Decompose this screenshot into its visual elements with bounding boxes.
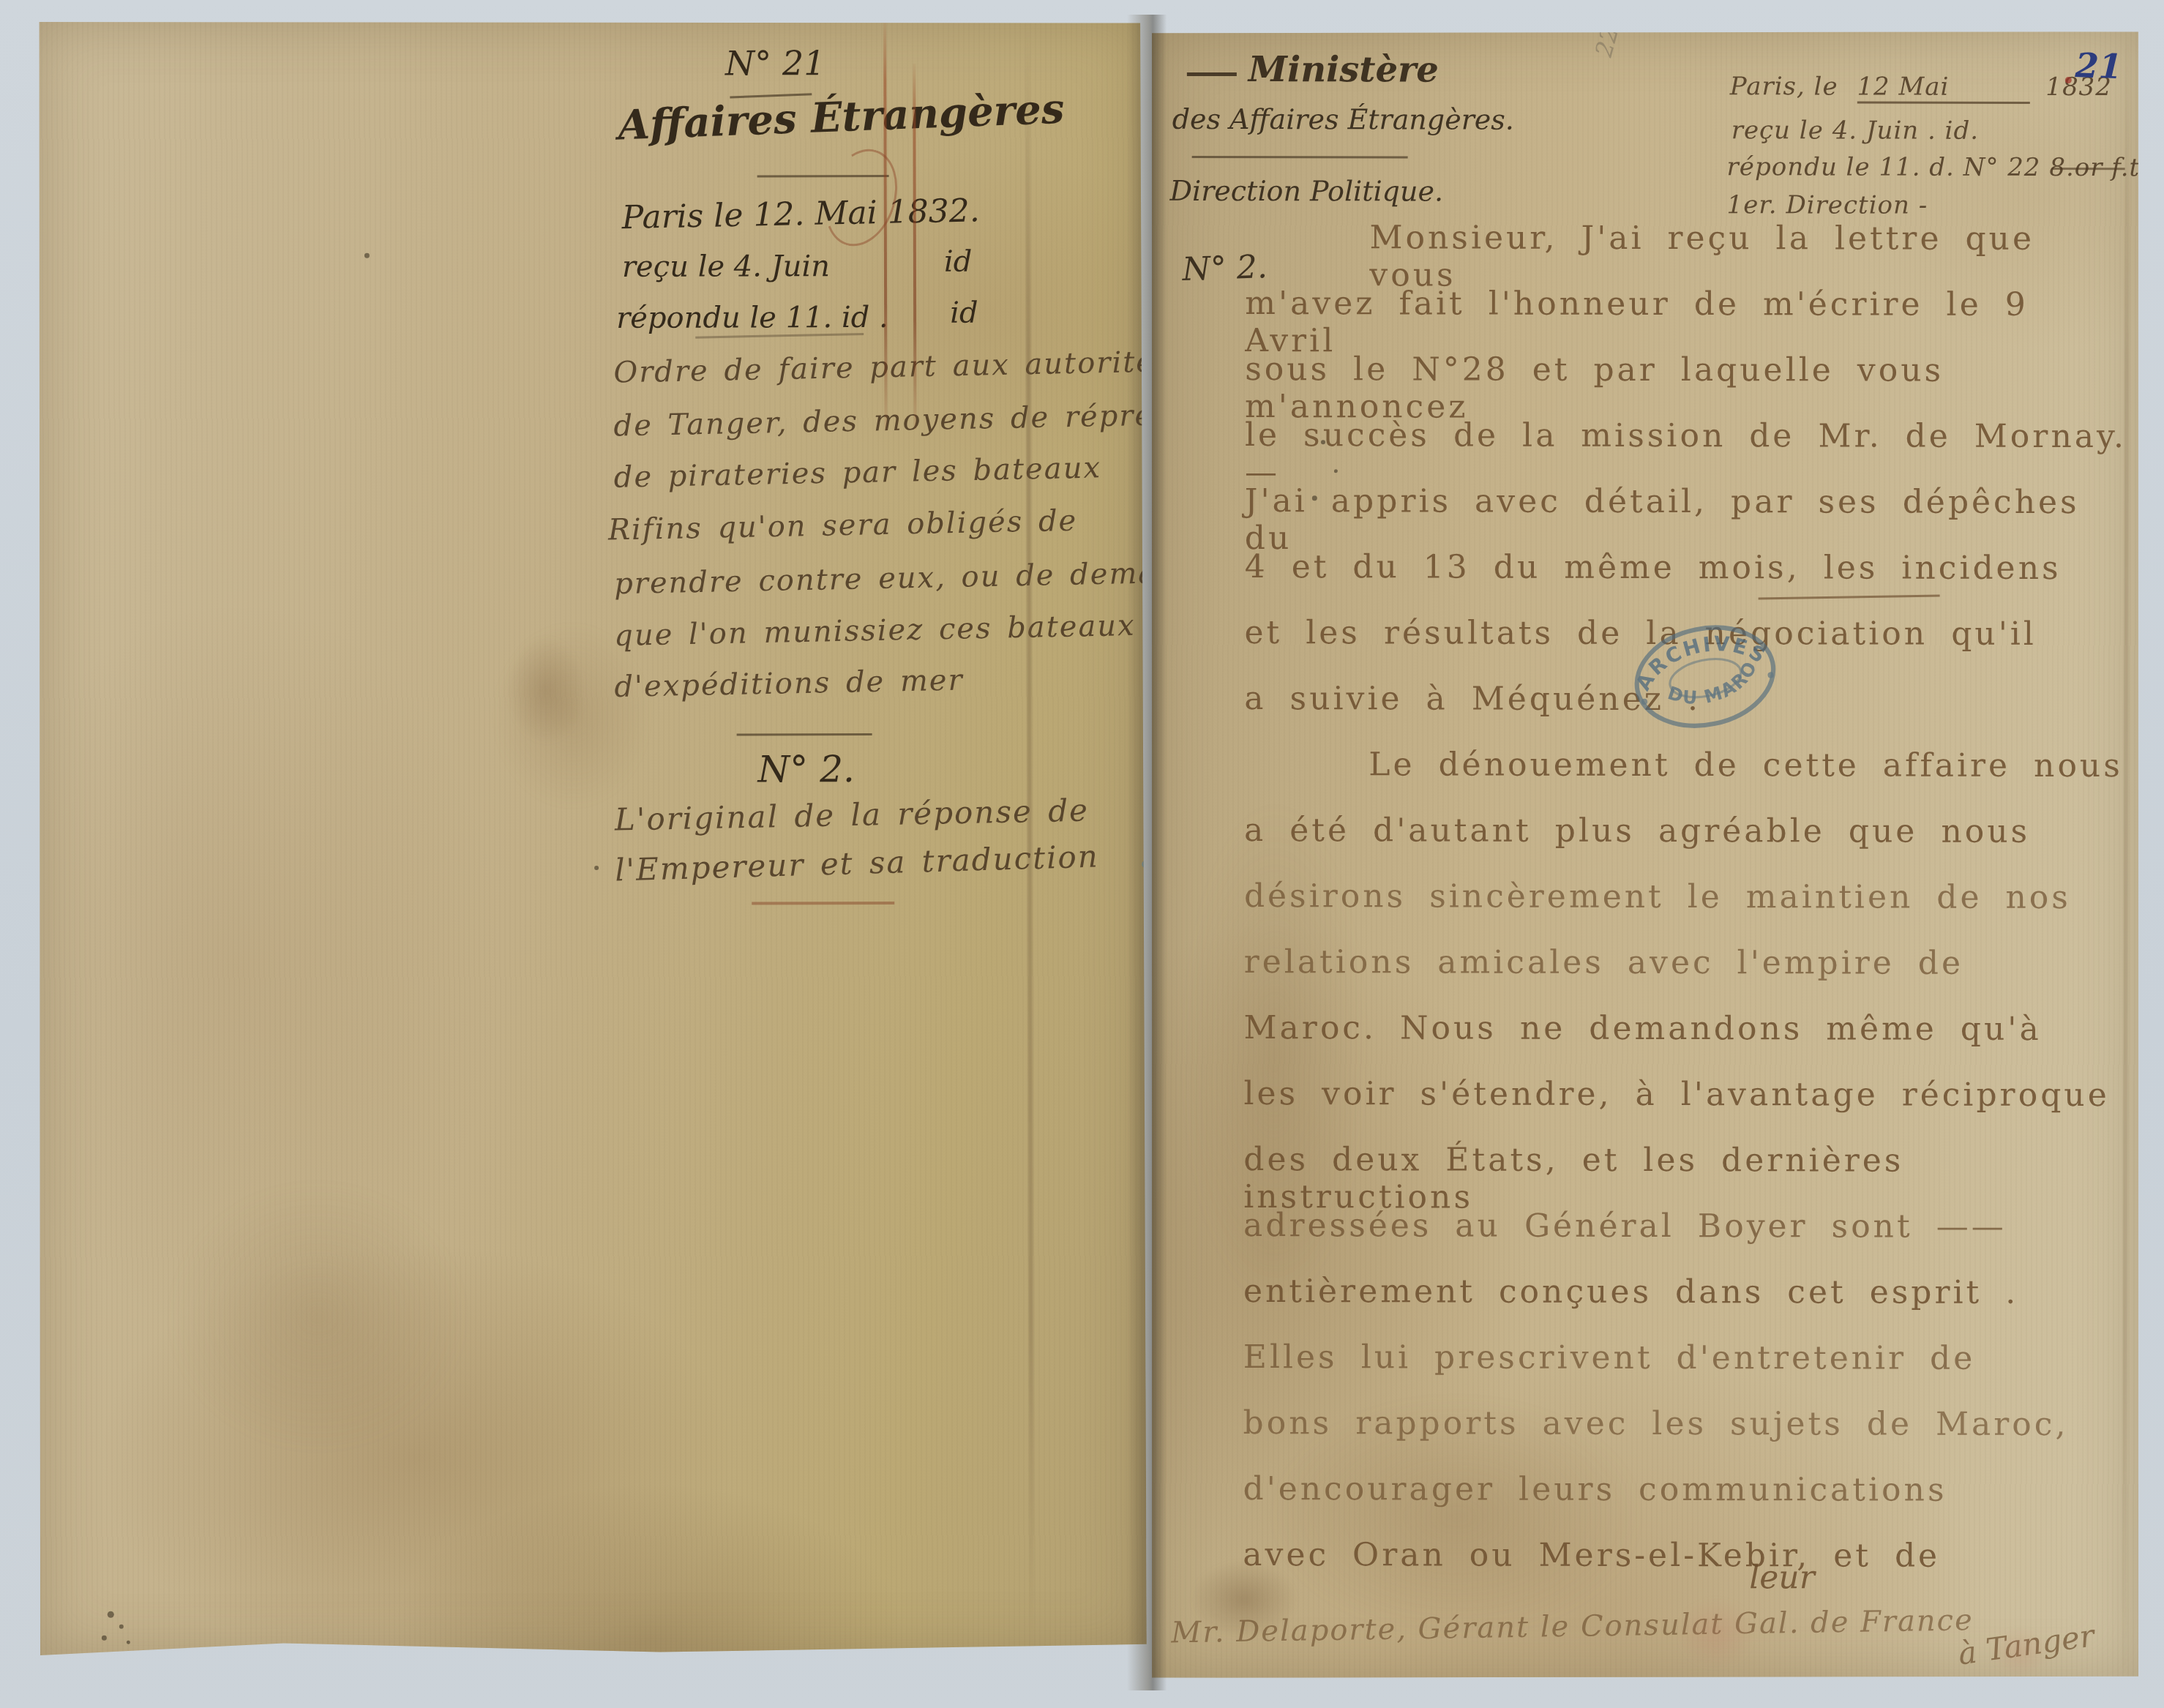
folio-number: 21 bbox=[2075, 45, 2123, 86]
ink-speck bbox=[119, 1625, 124, 1629]
enclosure-line: l'Empereur et sa traduction bbox=[615, 839, 1100, 888]
letter-line: Le dénouement de cette affaire nous bbox=[1369, 746, 2123, 784]
direction-politique: Direction Politique. bbox=[1170, 175, 1443, 208]
registry-date-day: 12 Mai bbox=[1857, 72, 2029, 104]
letter-line: bons rapports avec les sujets de Maroc, bbox=[1243, 1404, 2069, 1443]
received-id: id bbox=[944, 245, 973, 279]
red-pen-loop bbox=[813, 140, 909, 255]
letter-line: désirons sincèrement le maintien de nos bbox=[1244, 877, 2071, 916]
letter-line: relations amicales avec l'empire de bbox=[1244, 943, 1963, 982]
letter-line: le succès de la mission de Mr. de Mornay… bbox=[1245, 416, 2141, 492]
letter-line: les voir s'étendre, à l'avantage récipro… bbox=[1243, 1075, 2109, 1114]
letter-line: d'encourager leurs communications bbox=[1243, 1470, 1947, 1509]
underline bbox=[2052, 168, 2125, 170]
department-title: Affaires Étrangères bbox=[617, 85, 1065, 150]
letter-line: avec Oran ou Mers-el-Kebir, et de bbox=[1243, 1536, 1940, 1575]
letter-line: des deux États, et les dernières instruc… bbox=[1243, 1141, 2139, 1217]
letter-line: sous le N°28 et par laquelle vous m'anno… bbox=[1245, 351, 2141, 427]
letter-number: N° 2. bbox=[1182, 248, 1268, 288]
divider-rule bbox=[737, 733, 872, 735]
center-fold-shadow bbox=[1127, 15, 1174, 1690]
docket-date: Paris le 12. Mai 1832. bbox=[621, 192, 980, 236]
ink-speck bbox=[102, 1636, 107, 1641]
paper-texture bbox=[36, 19, 1147, 1655]
letter-line: 4 et du 13 du même mois, les incidens bbox=[1245, 548, 2062, 587]
letter-line: Elles lui prescrivent d'entretenir de bbox=[1243, 1338, 1976, 1377]
red-dot bbox=[2065, 77, 2072, 83]
registry-received: reçu le 4. Juin . id. bbox=[1731, 116, 1979, 146]
summary-line: Ordre de faire part aux autorités bbox=[613, 345, 1172, 389]
letter-line: adressées au Général Boyer sont —— bbox=[1243, 1207, 2007, 1246]
replied-line: répondu le 11. id . bbox=[616, 301, 888, 335]
underline bbox=[752, 902, 894, 905]
summary-line: d'expéditions de mer bbox=[614, 664, 964, 705]
received-line: reçu le 4. Juin bbox=[622, 250, 830, 284]
registry-date-prefix: Paris, le bbox=[1730, 72, 1838, 101]
letter-line: entièrement conçues dans cet esprit . bbox=[1243, 1273, 2018, 1311]
replied-id: id bbox=[950, 296, 978, 330]
registry-date: Paris, le 12 Mai 1832 bbox=[1730, 72, 2112, 102]
enclosure-line: L'original de la réponse de bbox=[614, 793, 1089, 838]
left-sheet: N° 21 Affaires Étrangères Paris le 12. M… bbox=[36, 19, 1147, 1655]
stain bbox=[506, 635, 586, 745]
registry-direction: 1er. Direction - bbox=[1727, 190, 1928, 220]
signature-line: Mr. Delaporte, Gérant le Consulat Gal. d… bbox=[1171, 1603, 1974, 1649]
pencil-number: 226 bbox=[1590, 10, 1628, 60]
ink-speck bbox=[594, 866, 599, 870]
letter-line: Maroc. Nous ne demandons même qu'à bbox=[1244, 1009, 2042, 1048]
ink-speck bbox=[1321, 440, 1325, 444]
ministry-title: Ministère bbox=[1248, 49, 1439, 90]
item-number: N° 2. bbox=[733, 748, 880, 791]
summary-line: Rifins qu'on sera obligés de bbox=[607, 504, 1077, 547]
ink-speck bbox=[108, 1611, 114, 1618]
letter-line: a été d'autant plus agréable que nous bbox=[1244, 812, 2030, 850]
letter-line: m'avez fait l'honneur de m'écrire le 9 A… bbox=[1245, 285, 2141, 361]
letter-line: J'ai appris avec détail, par ses dépêche… bbox=[1245, 482, 2141, 558]
fold-crease bbox=[1025, 19, 1034, 1652]
signature-place: à Tanger bbox=[1956, 1617, 2097, 1671]
document-scan: { "scan": { "page_corner_number": "21", … bbox=[0, 0, 2164, 1708]
docket-number: N° 21 bbox=[694, 43, 856, 83]
ink-speck bbox=[1312, 495, 1317, 501]
dash-mark bbox=[1187, 72, 1237, 76]
ink-speck bbox=[1334, 469, 1338, 473]
ink-speck bbox=[364, 253, 370, 258]
ink-speck bbox=[127, 1641, 130, 1644]
ministry-subtitle: des Affaires Étrangères. bbox=[1172, 103, 1514, 136]
underline-les-incidens bbox=[1759, 595, 1940, 600]
right-sheet: Ministère des Affaires Étrangères. Direc… bbox=[1149, 30, 2141, 1679]
stain bbox=[163, 1177, 471, 1456]
underline bbox=[1192, 156, 1408, 159]
letter-line: Monsieur, J'ai reçu la lettre que vous bbox=[1369, 219, 2141, 295]
summary-line: que l'on munissiez ces bateaux bbox=[614, 609, 1136, 653]
catchword: leur bbox=[1749, 1559, 1815, 1596]
